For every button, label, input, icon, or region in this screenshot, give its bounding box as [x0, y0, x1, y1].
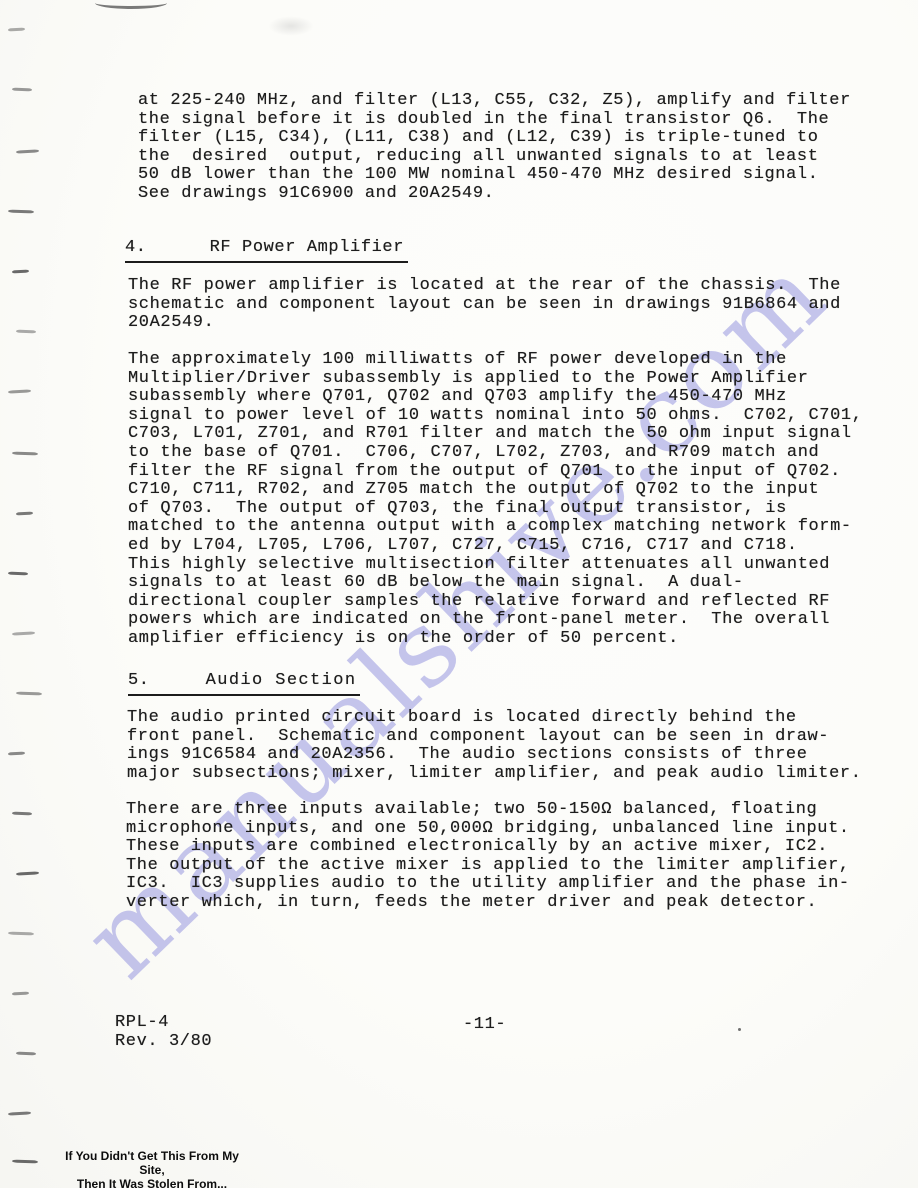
binding-mark: [8, 28, 25, 32]
binding-mark: [12, 631, 35, 635]
scan-artifact-smudge: [268, 16, 314, 36]
footer-doc-id: RPL-4 Rev. 3/80: [115, 1014, 212, 1051]
section-4-title: RF Power Amplifier: [210, 238, 404, 257]
scan-artifact-top-curve: [95, 0, 167, 9]
scan-artifact-dot: [738, 1028, 741, 1031]
binding-mark: [8, 752, 25, 756]
section-5-heading: 5.Audio Section: [128, 671, 360, 696]
binding-mark: [16, 330, 36, 334]
binding-mark: [12, 270, 29, 274]
binding-mark: [8, 1111, 31, 1115]
section-5-title: Audio Section: [206, 671, 357, 690]
paragraph-multiplier-driver: at 225-240 MHz, and filter (L13, C55, C3…: [138, 92, 851, 204]
paragraph-rf-location: The RF power amplifier is located at the…: [128, 277, 841, 333]
binding-mark: [8, 572, 28, 576]
paragraph-audio-inputs: There are three inputs available; two 50…: [126, 801, 850, 913]
binding-mark: [16, 692, 42, 696]
binding-mark: [16, 149, 39, 153]
binding-mark: [16, 871, 39, 875]
binding-mark: [12, 992, 29, 996]
binding-mark: [8, 932, 34, 936]
section-4-heading: 4.RF Power Amplifier: [125, 238, 408, 263]
binding-mark: [12, 88, 32, 92]
binding-mark: [12, 452, 38, 456]
section-4-number: 4.: [125, 239, 147, 258]
scanned-manual-page: manualshive.com at 225-240 MHz, and filt…: [0, 0, 918, 1188]
binding-mark: [8, 389, 31, 393]
binding-mark: [12, 812, 32, 816]
bottom-banner-text: If You Didn't Get This From My Site, The…: [52, 1149, 252, 1188]
paragraph-rf-detail: The approximately 100 milliwatts of RF p…: [128, 351, 863, 649]
binding-mark: [8, 210, 34, 214]
footer-page-number: -11-: [463, 1016, 506, 1035]
binding-mark: [16, 1052, 36, 1056]
section-5-number: 5.: [128, 672, 150, 691]
binding-mark: [12, 1160, 38, 1164]
paragraph-audio-location: The audio printed circuit board is locat…: [127, 709, 862, 783]
binding-mark: [16, 512, 33, 516]
